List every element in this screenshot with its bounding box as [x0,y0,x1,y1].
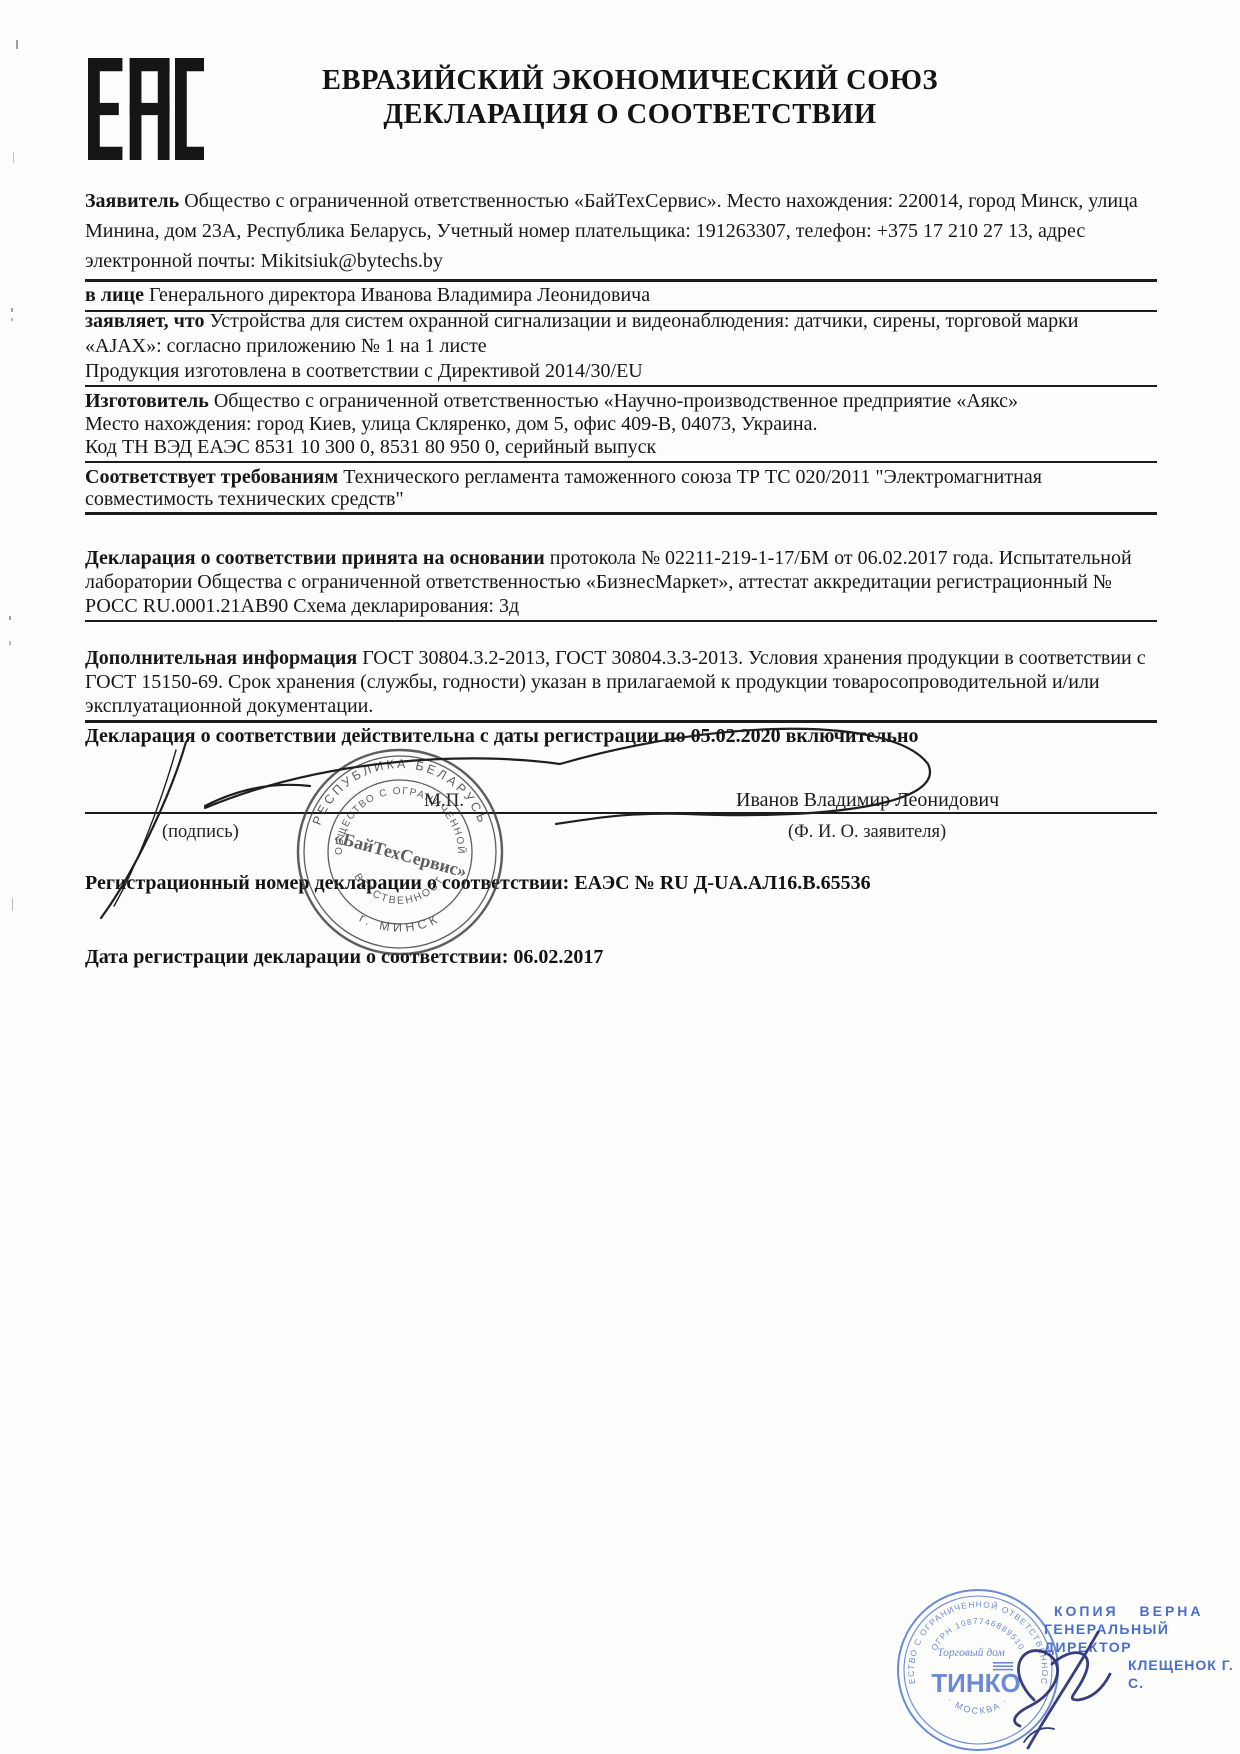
section-additional-info: Дополнительная информация ГОСТ 30804.3.2… [85,646,1157,723]
scan-artifact [9,616,11,620]
document-title: ЕВРАЗИЙСКИЙ ЭКОНОМИЧЕСКИЙ СОЮЗ ДЕКЛАРАЦИ… [160,64,1100,131]
manufacturer-paragraph: Изготовитель Общество с ограниченной отв… [85,390,1157,413]
scan-artifact [13,152,14,163]
scan-artifact [11,308,13,312]
title-line-declaration: ДЕКЛАРАЦИЯ О СООТВЕТСТВИИ [160,98,1100,132]
validity-line: Декларация о соответствии действительна … [85,725,1157,748]
basis-label: Декларация о соответствии принята на осн… [85,547,545,569]
declares-text: Устройства для систем охранной сигнализа… [85,310,1079,357]
signature-rule [85,812,1157,814]
applicant-name: Иванов Владимир Леонидович [736,789,999,812]
director-name-line: КЛЕЩЕНОК Г. С. [1128,1656,1240,1692]
company-stamp: РЕСПУБЛИКА БЕЛАРУСЬ г. МИНСК ОБЩЕСТВО С … [292,744,508,960]
declaration-document-page: ЕВРАЗИЙСКИЙ ЭКОНОМИЧЕСКИЙ СОЮЗ ДЕКЛАРАЦИ… [0,0,1240,1754]
in-person-text: Генерального директора Иванова Владимира… [149,284,650,306]
stamp-center-name: «БайТехСервис» [332,827,469,882]
title-line-union: ЕВРАЗИЙСКИЙ ЭКОНОМИЧЕСКИЙ СОЮЗ [160,64,1100,98]
declares-label: заявляет, что [85,310,204,332]
scan-artifact [11,318,13,321]
in-person-label: в лице [85,284,144,306]
section-in-person: в лице Генерального директора Иванова Вл… [85,284,1157,312]
tinko-stamp: ОБЩЕСТВО С ОГРАНИЧЕННОЙ ОТВЕТСТВЕННОСТЬЮ… [893,1586,1063,1754]
copy-verified-mark: КОПИЯ ВЕРНА ГЕНЕРАЛЬНЫЙ ДИРЕКТОР КЛЕЩЕНО… [1044,1602,1240,1692]
director-title-line: ГЕНЕРАЛЬНЫЙ ДИРЕКТОР [1044,1620,1240,1656]
tinko-logo-text: ТИНКО [931,1668,1020,1698]
scan-artifact [9,641,11,645]
manufacturer-tnved-line: Код ТН ВЭД ЕАЭС 8531 10 300 0, 8531 80 9… [85,436,1157,459]
manufacturer-address-line: Место нахождения: город Киев, улица Скля… [85,413,1157,436]
section-compliance: Соответствует требованиям Технического р… [85,466,1157,515]
scan-artifact [12,898,13,911]
svg-text:г. МИНСК: г. МИНСК [357,911,443,935]
declares-directive-line: Продукция изготовлена в соответствии с Д… [85,359,1157,384]
signature-caption: (подпись) [162,822,239,843]
registration-number-line: Регистрационный номер декларации о соотв… [85,872,1157,895]
section-applicant: Заявитель Общество с ограниченной ответс… [85,186,1157,282]
scan-artifact [16,40,18,49]
registration-date-line: Дата регистрации декларации о соответств… [85,946,1157,969]
applicant-text: Общество с ограниченной ответственностью… [85,190,1138,272]
section-declares: заявляет, что Устройства для систем охра… [85,309,1157,387]
section-manufacturer: Изготовитель Общество с ограниченной отв… [85,390,1157,463]
declares-paragraph: заявляет, что Устройства для систем охра… [85,309,1157,359]
copy-verna-line: КОПИЯ ВЕРНА [1054,1602,1240,1620]
manufacturer-text: Общество с ограниченной ответственностью… [214,390,1018,412]
manufacturer-label: Изготовитель [85,390,209,412]
compliance-label: Соответствует требованиям [85,466,338,488]
section-basis: Декларация о соответствии принята на осн… [85,546,1157,622]
applicant-label: Заявитель [85,190,179,212]
tinko-trading-house: Торговый дом [937,1646,1005,1659]
stamp-ring-city: г. МИНСК [357,911,443,935]
additional-info-label: Дополнительная информация [85,647,357,669]
name-caption: (Ф. И. О. заявителя) [788,822,946,843]
